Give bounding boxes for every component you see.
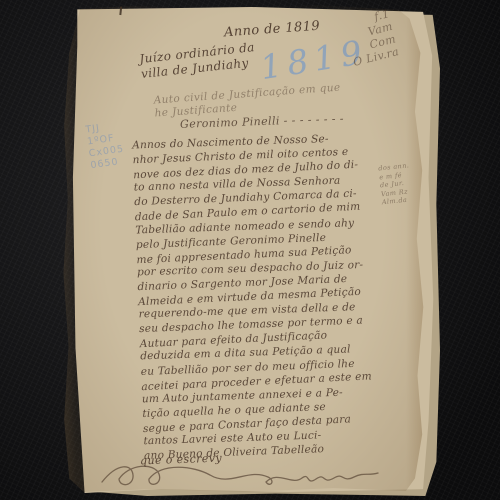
year-header: Anno de 1819 bbox=[224, 19, 321, 41]
manuscript-body: Annos do Nascimento de Nosso Se- nhor Je… bbox=[132, 129, 410, 463]
manuscript-page: Anno de 1819 Juízo ordinário da villa de… bbox=[62, 4, 424, 493]
court-heading: Juízo ordinário da villa de Jundiahy bbox=[139, 40, 257, 82]
pen-tick-mark bbox=[119, 2, 122, 15]
archival-pencil-marks: TJJ 1ºOF Cx005 0650 bbox=[85, 120, 127, 172]
photo-background: Anno de 1819 Juízo ordinário da villa de… bbox=[0, 0, 500, 500]
